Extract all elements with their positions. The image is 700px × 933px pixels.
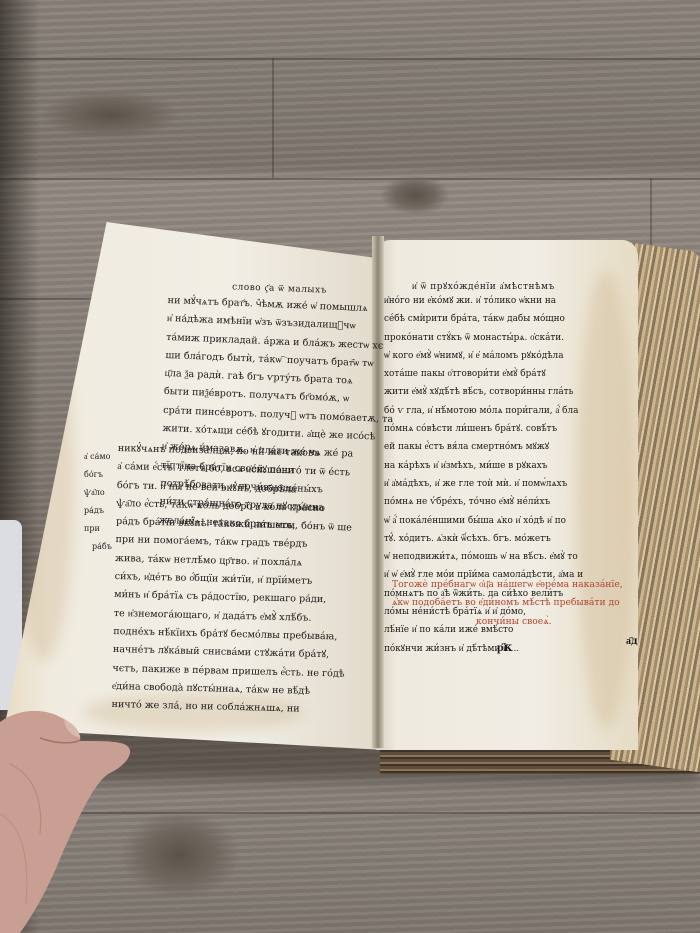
text-line: по́кꙋнчи жи́знъ и҆ дѣ́тѣми и҆ ... bbox=[384, 640, 583, 658]
floor-plank-seam bbox=[0, 178, 700, 180]
text-line: проко́нати стꙋ́къ ѿ монасты́рѧ. о҆ска́ти… bbox=[384, 329, 583, 347]
text-line: ѡ҆ кого е҆мꙋ̀ ѡ҆нимꙋ, и҆ е҆ ма́ломъ рꙋко… bbox=[384, 347, 583, 365]
left-page-text-lower: никꙋ́чѧнъ подвиза́лцѫ, по нѝ же таковъ а… bbox=[111, 440, 350, 720]
text-line: и҆но́го ни е҆ко́мꙋ жи. и҆ то́лико ѡ҆кни … bbox=[384, 292, 583, 310]
floor-plank-joint bbox=[272, 58, 274, 178]
age-stain bbox=[576, 270, 636, 730]
margin-note: при bbox=[84, 520, 110, 538]
text-line: хота́ше пакы о҆тговори́ти е҆мꙋ̀ бра́тꙋ bbox=[384, 365, 583, 383]
page-number: а҃д bbox=[626, 636, 638, 647]
floor-plank-seam bbox=[0, 58, 700, 60]
text-line: се́бѣ смѝрити бра́та, та́кѡ дабы мо́щно bbox=[384, 310, 583, 328]
wood-knot bbox=[380, 175, 450, 215]
text-line: на ка́рѣхъ и҆ и҆змѣхъ, ми́ше в рꙋкахъ bbox=[384, 457, 583, 475]
text-line: жити е҆мꙋ̀ хꙋдѣ́тѣ вѣ́съ, сотвори́нны гл… bbox=[384, 383, 583, 401]
wood-knot bbox=[40, 90, 180, 140]
left-margin-notes: а҆ са́мо бо́гъ ѱа҃ло ра́дъ при bbox=[84, 448, 110, 538]
rubric-line: Тогожѐ пре́бнагѡ о҆ц҃а на́шегѡ е҆ѳре́ма … bbox=[392, 576, 623, 594]
hand bbox=[0, 704, 140, 933]
margin-note: ѱа҃ло bbox=[84, 484, 110, 502]
text-line: бо́ ѵ гла, и҆ нѣ́мотою мо́лѧ пори́гали, … bbox=[384, 402, 583, 420]
rubric-text: Тогожѐ пре́бнагѡ о҆ц҃а на́шегѡ е҆ѳре́ма … bbox=[392, 576, 623, 631]
rubric-line: кончи́ны своеѧ̀. bbox=[392, 613, 623, 631]
page-number-signature: р҃к bbox=[497, 640, 512, 655]
text-line: и҆ а҆ма́дѣхъ, и҆ же гле тоѝ мѝ. и҆ помѡ́… bbox=[384, 475, 583, 493]
text-line: тꙋ́. хо́дитъ. ѧ҆зкѝ ѿ́сѣхъ. бгъ. мо́жетъ bbox=[384, 530, 583, 548]
margin-note: ра́дъ bbox=[84, 502, 110, 520]
text-line: ей пакы е҆́стъ вя́ла смертно́мъ мꙋжꙋ bbox=[384, 438, 583, 456]
margin-note: бо́гъ bbox=[84, 466, 110, 484]
margin-note: а҆ са́мо bbox=[84, 448, 110, 466]
text-line: по́мнѧ не ѵ́бре́хъ, то́чно е҆мꙋ̀ не́ли́х… bbox=[384, 493, 583, 511]
right-running-head: и҆ ѿ прꙋхо́жде́нїи а҆мѣстнѣмъ bbox=[412, 279, 555, 292]
text-line: ѡ҆ неподвижи́тѧ, по́мошь ѡ҆ на вѣ́съ. е҆… bbox=[384, 548, 583, 566]
left-margin-note-lower: ра́бъ bbox=[92, 538, 112, 556]
rubric-line: ѧ҆́кѡ подоба́етъ во е҆ди́номъ мѣ́стѣ пре… bbox=[392, 594, 623, 612]
text-line: по́мнѧ со́вѣсти ли́шенъ бра́тꙋ. совѣ́тъ bbox=[384, 420, 583, 438]
text-line: ѡ҆ а҆́ пока́ле́ншими бы́ша ѧ҆ко и҆ хо́дѣ… bbox=[384, 512, 583, 530]
